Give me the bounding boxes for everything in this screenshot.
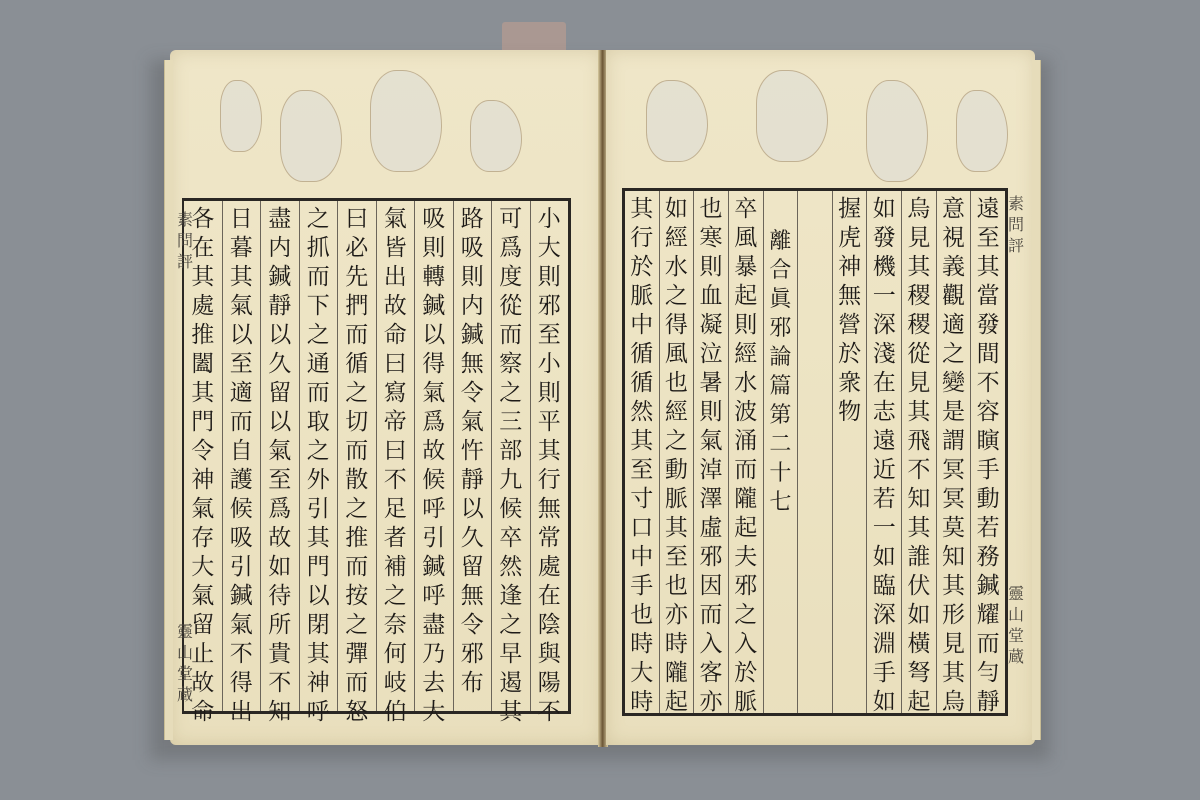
margin-publisher-right: 靈山堂蔵 [1005,583,1027,667]
wormhole-damage [370,70,442,172]
text-column: 各在其處推闔其門令神氣存大氣留止故命 [184,201,222,711]
text-column: 之抓而下之通而取之外引其門以閉其神呼 [299,201,338,711]
page-edge [1032,60,1041,740]
text-column: 小大則邪至小則平其行無常處在陰與陽不 [530,201,569,711]
text-column: 可爲度從而察之三部九候卒然逢之早遏其 [491,201,530,711]
text-column: 握虎神無營於衆物 [832,191,867,713]
text-frame-left: 素問評 靈山堂蔵 小大則邪至小則平其行無常處在陰與陽不可爲度從而察之三部九候卒然… [182,198,571,714]
open-book: 素問評 靈山堂蔵 小大則邪至小則平其行無常處在陰與陽不可爲度從而察之三部九候卒然… [170,50,1035,750]
wormhole-damage [646,80,708,162]
text-column: 如經水之得風也經之動脈其至也亦時隴起 [659,191,694,713]
text-column: 吸則轉鍼以得氣爲故候呼引鍼呼盡乃去大 [414,201,453,711]
text-column: 卒風暴起則經水波涌而隴起夫邪之入於脈 [728,191,763,713]
text-columns-left: 小大則邪至小則平其行無常處在陰與陽不可爲度從而察之三部九候卒然逢之早遏其路吸則内… [184,201,568,711]
right-page: 素問評 靈山堂蔵 遠至其當發間不容瞚手動若務鍼耀而勻靜意視義觀適之變是謂冥冥莫知… [606,50,1035,745]
text-column: 也寒則血凝泣暑則氣淖澤虛邪因而入客亦 [693,191,728,713]
text-frame-right: 素問評 靈山堂蔵 遠至其當發間不容瞚手動若務鍼耀而勻靜意視義觀適之變是謂冥冥莫知… [622,188,1008,716]
page-edge [164,60,173,740]
text-column: 如發機一深淺在志遠近若一如臨深淵手如 [866,191,901,713]
wormhole-damage [866,80,928,182]
text-column: 曰必先捫而循之切而散之推而按之彈而怒 [337,201,376,711]
text-column: 意視義觀適之變是謂冥冥莫知其形見其烏 [936,191,971,713]
wormhole-damage [470,100,522,172]
wormhole-damage [220,80,262,152]
wormhole-damage [756,70,828,162]
chapter-title-column: 離合眞邪論篇第二十七 [763,191,798,713]
wormhole-damage [956,90,1008,172]
blank-column [797,191,832,713]
left-page: 素問評 靈山堂蔵 小大則邪至小則平其行無常處在陰與陽不可爲度從而察之三部九候卒然… [170,50,602,745]
text-column: 日暮其氣以至適而自護候吸引鍼氣不得出 [222,201,261,711]
text-column: 烏見其稷稷從見其飛不知其誰伏如橫弩起 [901,191,936,713]
text-columns-right: 遠至其當發間不容瞚手動若務鍼耀而勻靜意視義觀適之變是謂冥冥莫知其形見其烏烏見其稷… [625,191,1005,713]
wormhole-damage [280,90,342,182]
text-column: 路吸則内鍼無令氣忤靜以久留無令邪布 [453,201,492,711]
text-column: 遠至其當發間不容瞚手動若務鍼耀而勻靜 [970,191,1005,713]
text-column: 其行於脈中循循然其至寸口中手也時大時 [625,191,659,713]
text-column: 氣皆出故命曰寫帝曰不足者補之奈何岐伯 [376,201,415,711]
text-column: 盡内鍼靜以久留以氣至爲故如待所貴不知 [260,201,299,711]
margin-title-right: 素問評 [1005,193,1027,256]
